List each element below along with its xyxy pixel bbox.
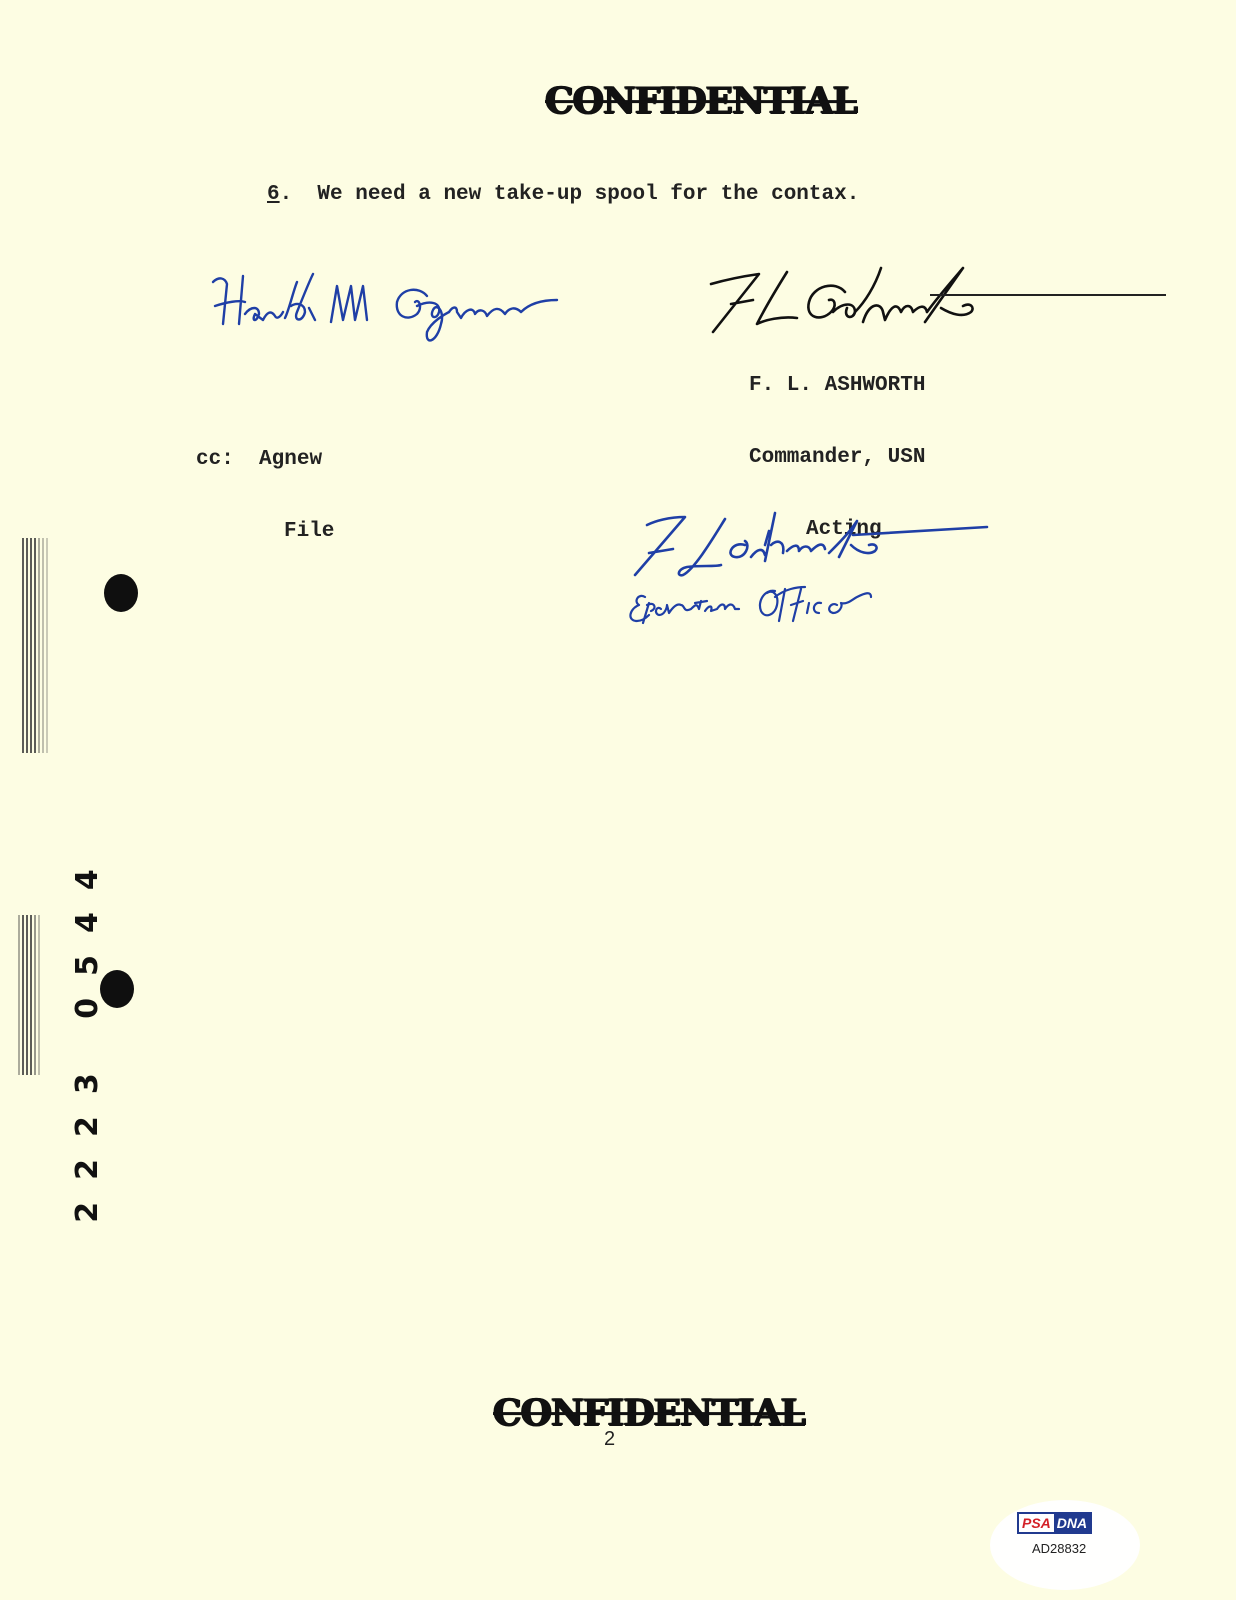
psa-dna-logo: PSA DNA — [1017, 1512, 1092, 1534]
signatory-title: Commander, USN — [749, 446, 925, 470]
certificate-id: AD28832 — [1032, 1541, 1086, 1556]
classification-stamp-bottom: CONFIDENTIAL — [493, 1392, 805, 1434]
cc-label: cc: — [196, 448, 234, 471]
paragraph-6: 6. We need a new take-up spool for the c… — [267, 183, 859, 206]
margin-barcode-mark — [22, 538, 62, 753]
ashworth-blue-signature — [625, 505, 995, 630]
agnew-signature — [205, 262, 565, 352]
margin-barcode-mark — [18, 915, 58, 1075]
cc-list: cc: Agnew File — [196, 400, 334, 568]
cc-recipient: File — [196, 520, 334, 544]
dna-logo-text: DNA — [1054, 1514, 1090, 1532]
cc-recipient: Agnew — [259, 448, 322, 471]
paragraph-text: We need a new take-up spool for the cont… — [317, 183, 859, 206]
signatory-name: F. L. ASHWORTH — [749, 374, 925, 398]
punch-hole — [104, 574, 138, 612]
vertical-document-number: 2223 0544 — [70, 815, 110, 1255]
page-number: 2 — [604, 1428, 615, 1451]
psa-logo-text: PSA — [1019, 1514, 1054, 1532]
paragraph-dot: . — [280, 183, 318, 206]
paragraph-number: 6 — [267, 183, 280, 206]
classification-stamp-top: CONFIDENTIAL — [545, 80, 857, 122]
signature-line — [930, 294, 1166, 296]
